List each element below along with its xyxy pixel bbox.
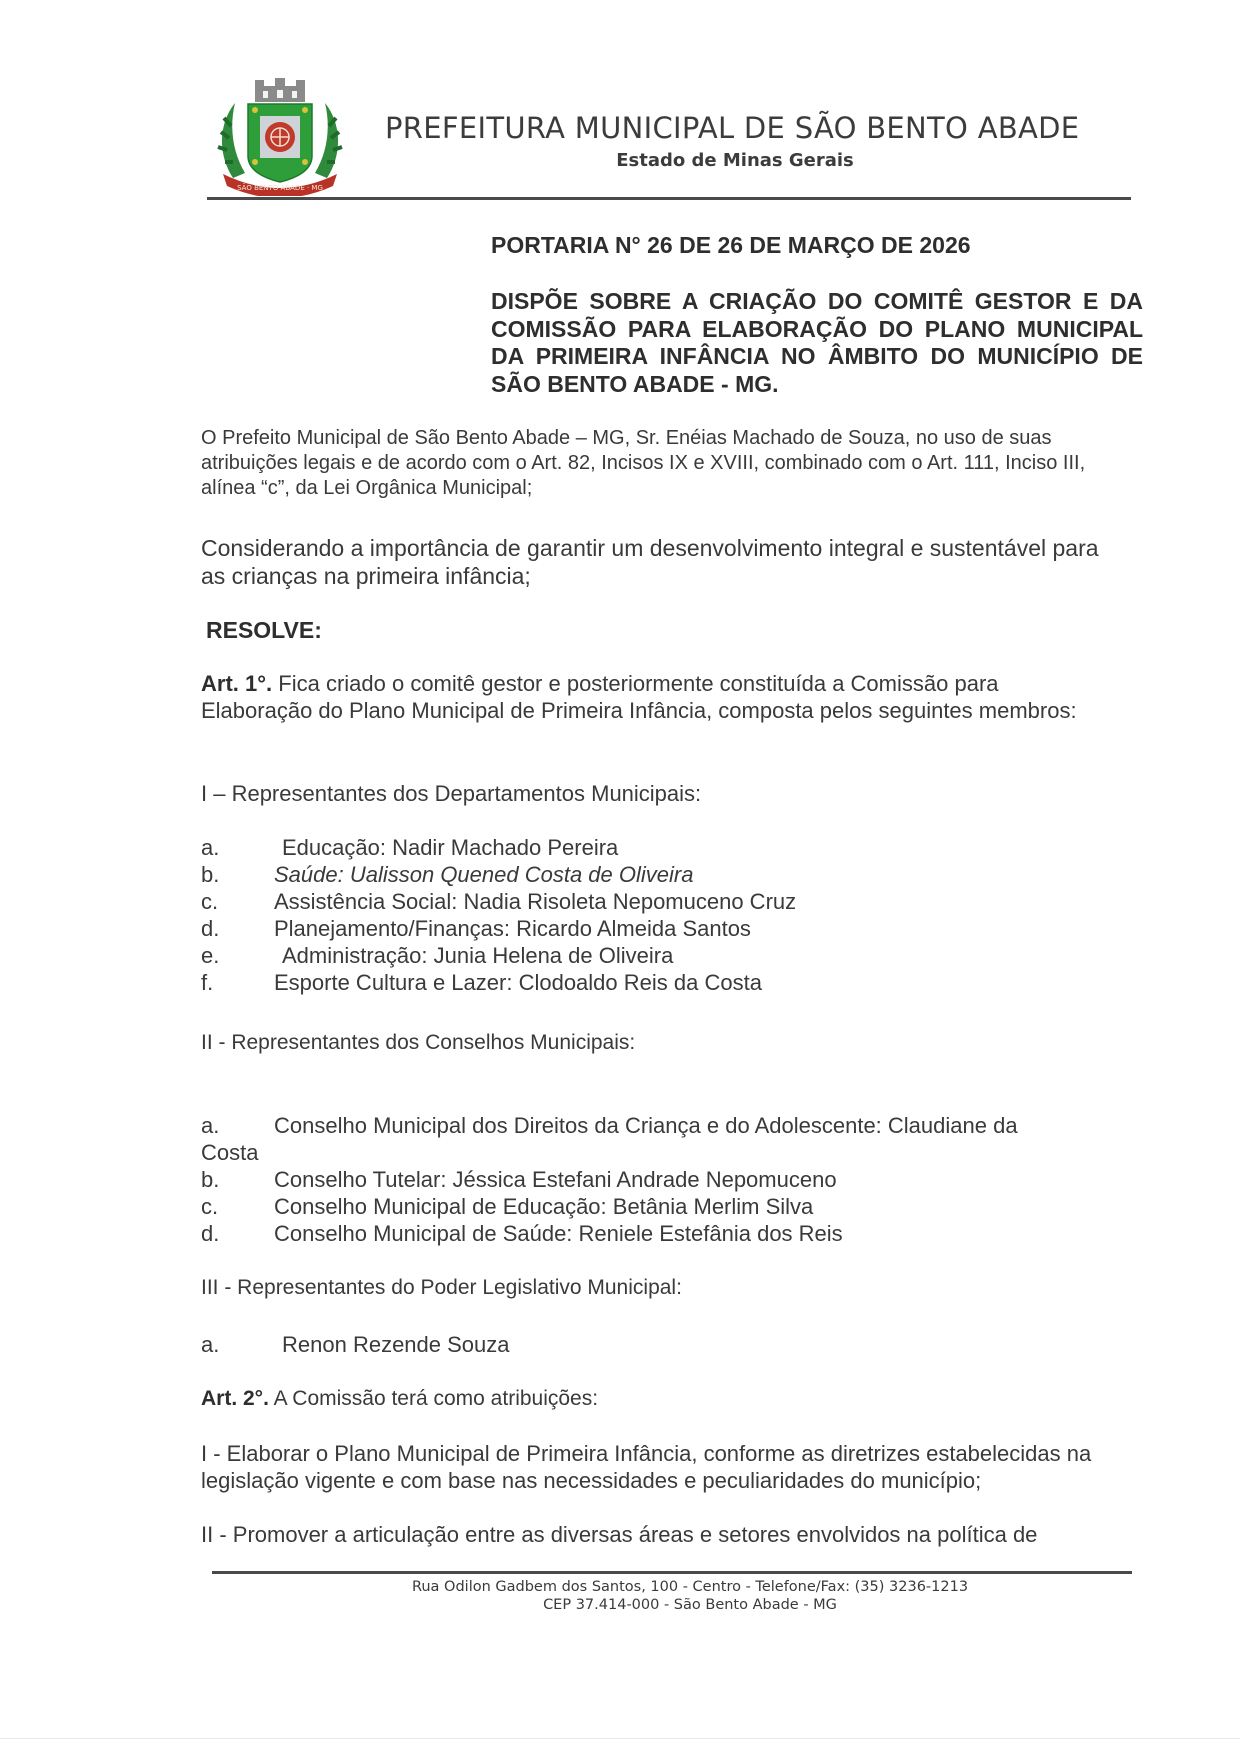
institution-title: PREFEITURA MUNICIPAL DE SÃO BENTO ABADE (385, 111, 1145, 145)
list-item: f.Esporte Cultura e Lazer: Clodoaldo Rei… (201, 969, 762, 996)
list-item: b.Saúde: Ualisson Quened Costa de Olivei… (201, 861, 693, 888)
header-divider (207, 197, 1131, 200)
article-2-inciso-2: II - Promover a articulação entre as div… (201, 1521, 1136, 1548)
preamble-paragraph: O Prefeito Municipal de São Bento Abade … (201, 426, 1141, 501)
article-2-text: A Comissão terá como atribuições: (269, 1387, 598, 1410)
municipal-crest-icon: SÃO BENTO ABADE · MG (215, 78, 345, 196)
list-item: d.Planejamento/Finanças: Ricardo Almeida… (201, 915, 751, 942)
footer-address: Rua Odilon Gadbem dos Santos, 100 - Cent… (212, 1579, 1132, 1595)
considerando-paragraph: Considerando a importância de garantir u… (201, 534, 1121, 590)
group-3-heading: III - Representantes do Poder Legislativ… (201, 1275, 1141, 1300)
portaria-title: PORTARIA N° 26 DE 26 DE MARÇO DE 2026 (491, 232, 971, 259)
list-item: d.Conselho Municipal de Saúde: Reniele E… (201, 1220, 843, 1247)
article-1: Art. 1°. Fica criado o comitê gestor e p… (201, 670, 1101, 724)
list-item: a.Conselho Municipal dos Direitos da Cri… (201, 1112, 1018, 1139)
group-1-heading: I – Representantes dos Departamentos Mun… (201, 780, 1141, 807)
group-2-heading: II - Representantes dos Conselhos Munici… (201, 1030, 1141, 1055)
list-item: e.Administração: Junia Helena de Oliveir… (201, 942, 673, 969)
institution-subtitle: Estado de Minas Gerais (385, 150, 1085, 171)
article-2-label: Art. 2°. (201, 1387, 269, 1410)
ementa: DISPÕE SOBRE A CRIAÇÃO DO COMITÊ GESTOR … (491, 288, 1143, 398)
footer-cep: CEP 37.414-000 - São Bento Abade - MG (212, 1597, 1132, 1613)
article-1-text: Fica criado o comitê gestor e posteriorm… (201, 671, 1077, 723)
svg-text:SÃO BENTO ABADE · MG: SÃO BENTO ABADE · MG (237, 183, 323, 192)
list-item: a.Educação: Nadir Machado Pereira (201, 834, 618, 861)
list-item: c.Conselho Municipal de Educação: Betâni… (201, 1193, 813, 1220)
list-item: a.Renon Rezende Souza (201, 1331, 510, 1358)
list-item: c.Assistência Social: Nadia Risoleta Nep… (201, 888, 796, 915)
article-2-inciso-1: I - Elaborar o Plano Municipal de Primei… (201, 1440, 1136, 1494)
list-item: b.Conselho Tutelar: Jéssica Estefani And… (201, 1166, 837, 1193)
article-1-label: Art. 1°. (201, 671, 272, 696)
list-item-continuation: Costa (201, 1139, 258, 1166)
footer-divider (212, 1571, 1132, 1574)
article-2: Art. 2°. A Comissão terá como atribuiçõe… (201, 1386, 1141, 1411)
resolve-heading: RESOLVE: (206, 617, 322, 644)
scan-edge (0, 1738, 1240, 1739)
